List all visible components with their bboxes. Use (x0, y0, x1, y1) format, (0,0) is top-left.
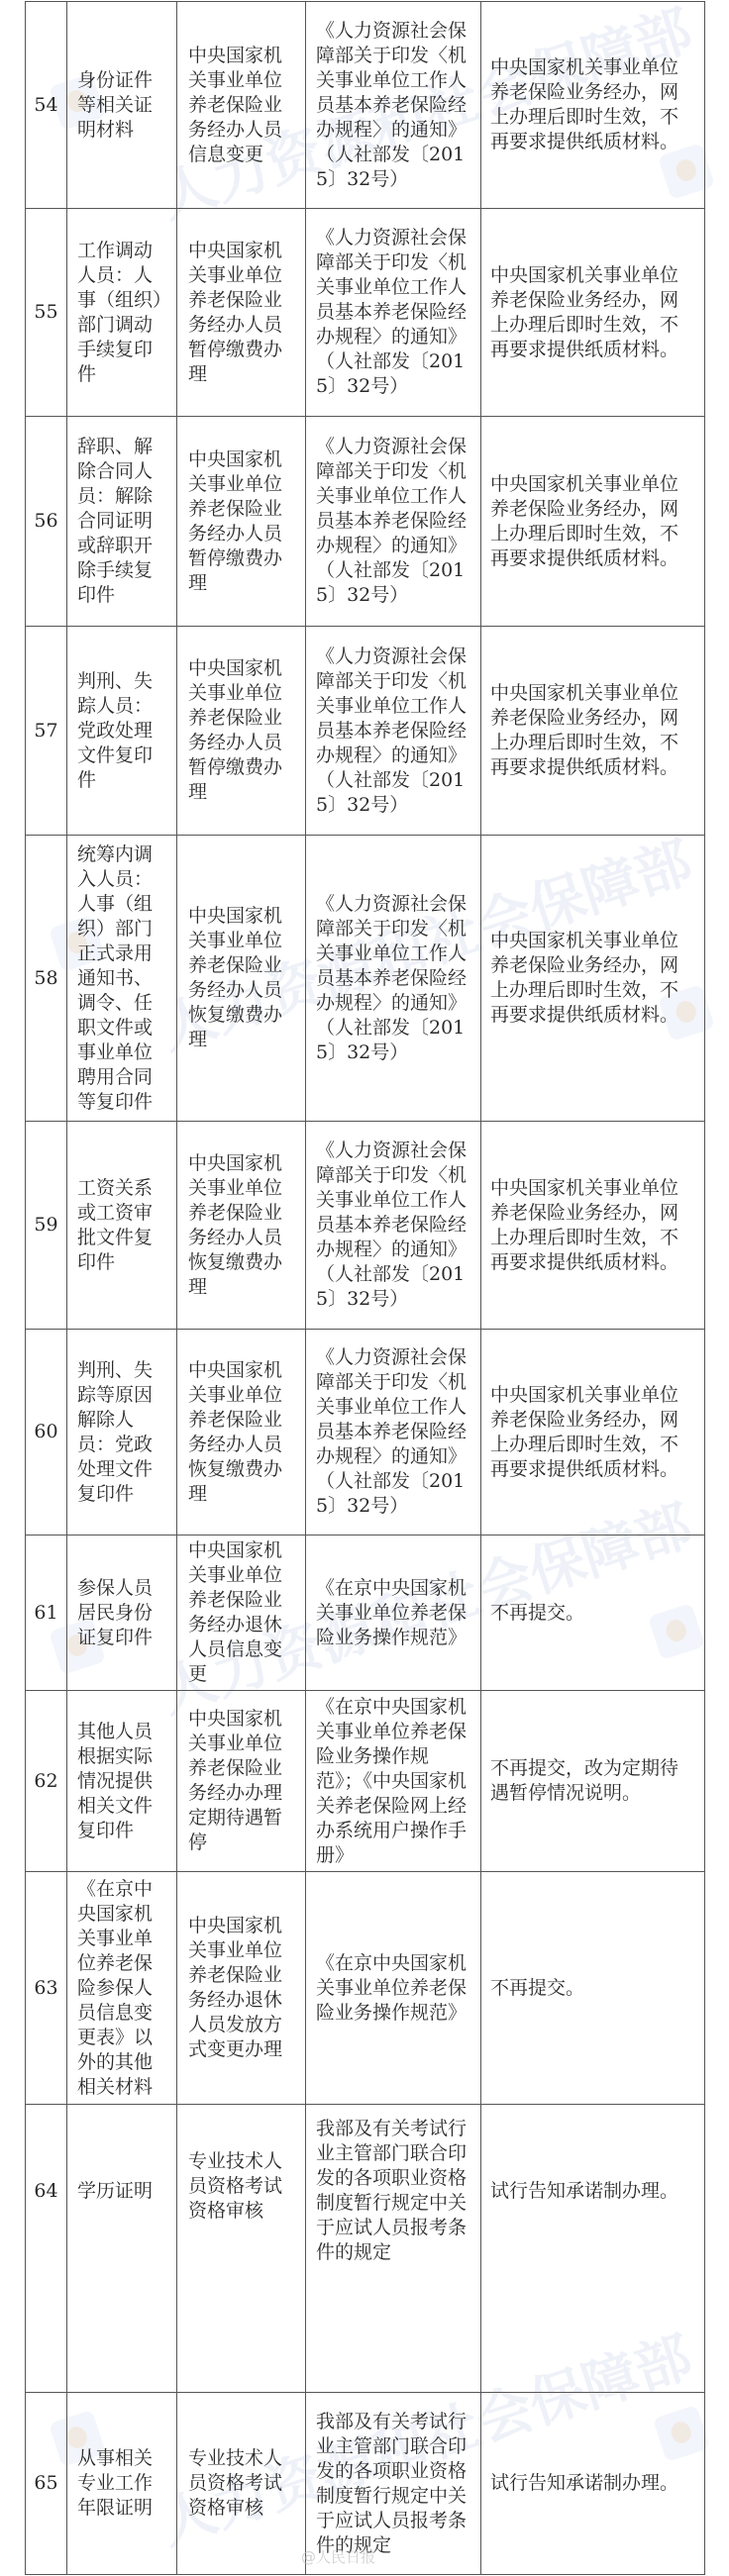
certificate-reform-table: 54 身份证件等相关证明材料 中央国家机关事业单位养老保险业务经办人员信息变更 … (25, 1, 705, 2575)
table-row: 59 工资关系或工资审批文件复印件 中央国家机关事业单位养老保险业务经办人员恢复… (26, 1122, 705, 1330)
service-item: 专业技术人员资格考试资格审核 (177, 2393, 306, 2575)
legal-basis: 《人力资源社会保障部关于印发〈机关事业单位工作人员基本养老保险经办规程〉的通知》… (306, 417, 481, 627)
reform-measure: 中央国家机关事业单位养老保险业务经办，网上办理后即时生效，不再要求提供纸质材料。 (481, 1122, 705, 1330)
required-material: 统筹内调入人员：人事（组织）部门正式录用通知书、调令、任职文件或事业单位聘用合同… (67, 836, 177, 1122)
row-number: 55 (26, 209, 67, 417)
row-number: 60 (26, 1330, 67, 1536)
service-item: 中央国家机关事业单位养老保险业务经办人员信息变更 (177, 2, 306, 209)
service-item: 中央国家机关事业单位养老保险业务经办人员恢复缴费办理 (177, 1330, 306, 1536)
service-item: 中央国家机关事业单位养老保险业务经办退休人员发放方式变更办理 (177, 1872, 306, 2105)
legal-basis: 《人力资源社会保障部关于印发〈机关事业单位工作人员基本养老保险经办规程〉的通知》… (306, 209, 481, 417)
source-credit: @人民日报 (301, 2546, 375, 2567)
table-row: 61 参保人员居民身份证复印件 中央国家机关事业单位养老保险业务经办退休人员信息… (26, 1536, 705, 1691)
service-item: 中央国家机关事业单位养老保险业务经办退休人员信息变更 (177, 1536, 306, 1691)
row-number: 61 (26, 1536, 67, 1691)
service-item: 中央国家机关事业单位养老保险业务经办人员恢复缴费办理 (177, 1122, 306, 1330)
required-material: 其他人员根据实际情况提供相关文件复印件 (67, 1691, 177, 1872)
required-material: 从事相关专业工作年限证明 (67, 2393, 177, 2575)
table-row: 57 判刑、失踪人员：党政处理文件复印件 中央国家机关事业单位养老保险业务经办人… (26, 627, 705, 836)
row-number: 57 (26, 627, 67, 836)
legal-basis: 《在京中央国家机关事业单位养老保险业务操作规范》 (306, 1872, 481, 2105)
row-number: 59 (26, 1122, 67, 1330)
legal-basis: 《人力资源社会保障部关于印发〈机关事业单位工作人员基本养老保险经办规程〉的通知》… (306, 2, 481, 209)
table-row: 63 《在京中央国家机关事业单位养老保险参保人员信息变更表》以外的其他相关材料 … (26, 1872, 705, 2105)
row-number: 65 (26, 2393, 67, 2575)
reform-measure: 中央国家机关事业单位养老保险业务经办，网上办理后即时生效，不再要求提供纸质材料。 (481, 1330, 705, 1536)
legal-basis: 《在京中央国家机关事业单位养老保险业务操作规范》 (306, 1536, 481, 1691)
legal-basis: 《人力资源社会保障部关于印发〈机关事业单位工作人员基本养老保险经办规程〉的通知》… (306, 1122, 481, 1330)
required-material: 工资关系或工资审批文件复印件 (67, 1122, 177, 1330)
legal-basis: 《人力资源社会保障部关于印发〈机关事业单位工作人员基本养老保险经办规程〉的通知》… (306, 1330, 481, 1536)
reform-measure: 中央国家机关事业单位养老保险业务经办，网上办理后即时生效，不再要求提供纸质材料。 (481, 836, 705, 1122)
row-number: 63 (26, 1872, 67, 2105)
legal-basis: 我部及有关考试行业主管部门联合印发的各项职业资格制度暂行规定中关于应试人员报考条… (306, 2105, 481, 2393)
service-item: 中央国家机关事业单位养老保险业务经办人员恢复缴费办理 (177, 836, 306, 1122)
reform-measure: 中央国家机关事业单位养老保险业务经办，网上办理后即时生效，不再要求提供纸质材料。 (481, 2, 705, 209)
required-material: 学历证明 (67, 2105, 177, 2393)
required-material: 工作调动人员：人事（组织）部门调动手续复印件 (67, 209, 177, 417)
service-item: 专业技术人员资格考试资格审核 (177, 2105, 306, 2393)
required-material: 辞职、解除合同人员：解除合同证明或辞职开除手续复印件 (67, 417, 177, 627)
reform-measure: 不再提交，改为定期待遇暂停情况说明。 (481, 1691, 705, 1872)
table-row: 56 辞职、解除合同人员：解除合同证明或辞职开除手续复印件 中央国家机关事业单位… (26, 417, 705, 627)
legal-basis: 《人力资源社会保障部关于印发〈机关事业单位工作人员基本养老保险经办规程〉的通知》… (306, 627, 481, 836)
table-row: 60 判刑、失踪等原因解除人员：党政处理文件复印件 中央国家机关事业单位养老保险… (26, 1330, 705, 1536)
required-material: 《在京中央国家机关事业单位养老保险参保人员信息变更表》以外的其他相关材料 (67, 1872, 177, 2105)
row-number: 64 (26, 2105, 67, 2393)
row-number: 62 (26, 1691, 67, 1872)
table-row: 64 学历证明 专业技术人员资格考试资格审核 我部及有关考试行业主管部门联合印发… (26, 2105, 705, 2393)
table-row: 62 其他人员根据实际情况提供相关文件复印件 中央国家机关事业单位养老保险业务经… (26, 1691, 705, 1872)
required-material: 判刑、失踪人员：党政处理文件复印件 (67, 627, 177, 836)
service-item: 中央国家机关事业单位养老保险业务经办办理定期待遇暂停 (177, 1691, 306, 1872)
reform-measure: 试行告知承诺制办理。 (481, 2393, 705, 2575)
row-number: 58 (26, 836, 67, 1122)
reform-measure: 试行告知承诺制办理。 (481, 2105, 705, 2393)
reform-measure: 中央国家机关事业单位养老保险业务经办，网上办理后即时生效，不再要求提供纸质材料。 (481, 627, 705, 836)
service-item: 中央国家机关事业单位养老保险业务经办人员暂停缴费办理 (177, 627, 306, 836)
row-number: 56 (26, 417, 67, 627)
required-material: 身份证件等相关证明材料 (67, 2, 177, 209)
legal-basis: 《人力资源社会保障部关于印发〈机关事业单位工作人员基本养老保险经办规程〉的通知》… (306, 836, 481, 1122)
row-number: 54 (26, 2, 67, 209)
reform-measure: 不再提交。 (481, 1872, 705, 2105)
service-item: 中央国家机关事业单位养老保险业务经办人员暂停缴费办理 (177, 209, 306, 417)
reform-measure: 中央国家机关事业单位养老保险业务经办，网上办理后即时生效，不再要求提供纸质材料。 (481, 209, 705, 417)
reform-measure: 不再提交。 (481, 1536, 705, 1691)
required-material: 参保人员居民身份证复印件 (67, 1536, 177, 1691)
required-material: 判刑、失踪等原因解除人员：党政处理文件复印件 (67, 1330, 177, 1536)
legal-basis: 《在京中央国家机关事业单位养老保险业务操作规范》；《中央国家机关养老保险网上经办… (306, 1691, 481, 1872)
table-row: 58 统筹内调入人员：人事（组织）部门正式录用通知书、调令、任职文件或事业单位聘… (26, 836, 705, 1122)
table-body: 54 身份证件等相关证明材料 中央国家机关事业单位养老保险业务经办人员信息变更 … (26, 2, 705, 2575)
reform-measure: 中央国家机关事业单位养老保险业务经办，网上办理后即时生效，不再要求提供纸质材料。 (481, 417, 705, 627)
table-row: 55 工作调动人员：人事（组织）部门调动手续复印件 中央国家机关事业单位养老保险… (26, 209, 705, 417)
table-row: 54 身份证件等相关证明材料 中央国家机关事业单位养老保险业务经办人员信息变更 … (26, 2, 705, 209)
service-item: 中央国家机关事业单位养老保险业务经办人员暂停缴费办理 (177, 417, 306, 627)
